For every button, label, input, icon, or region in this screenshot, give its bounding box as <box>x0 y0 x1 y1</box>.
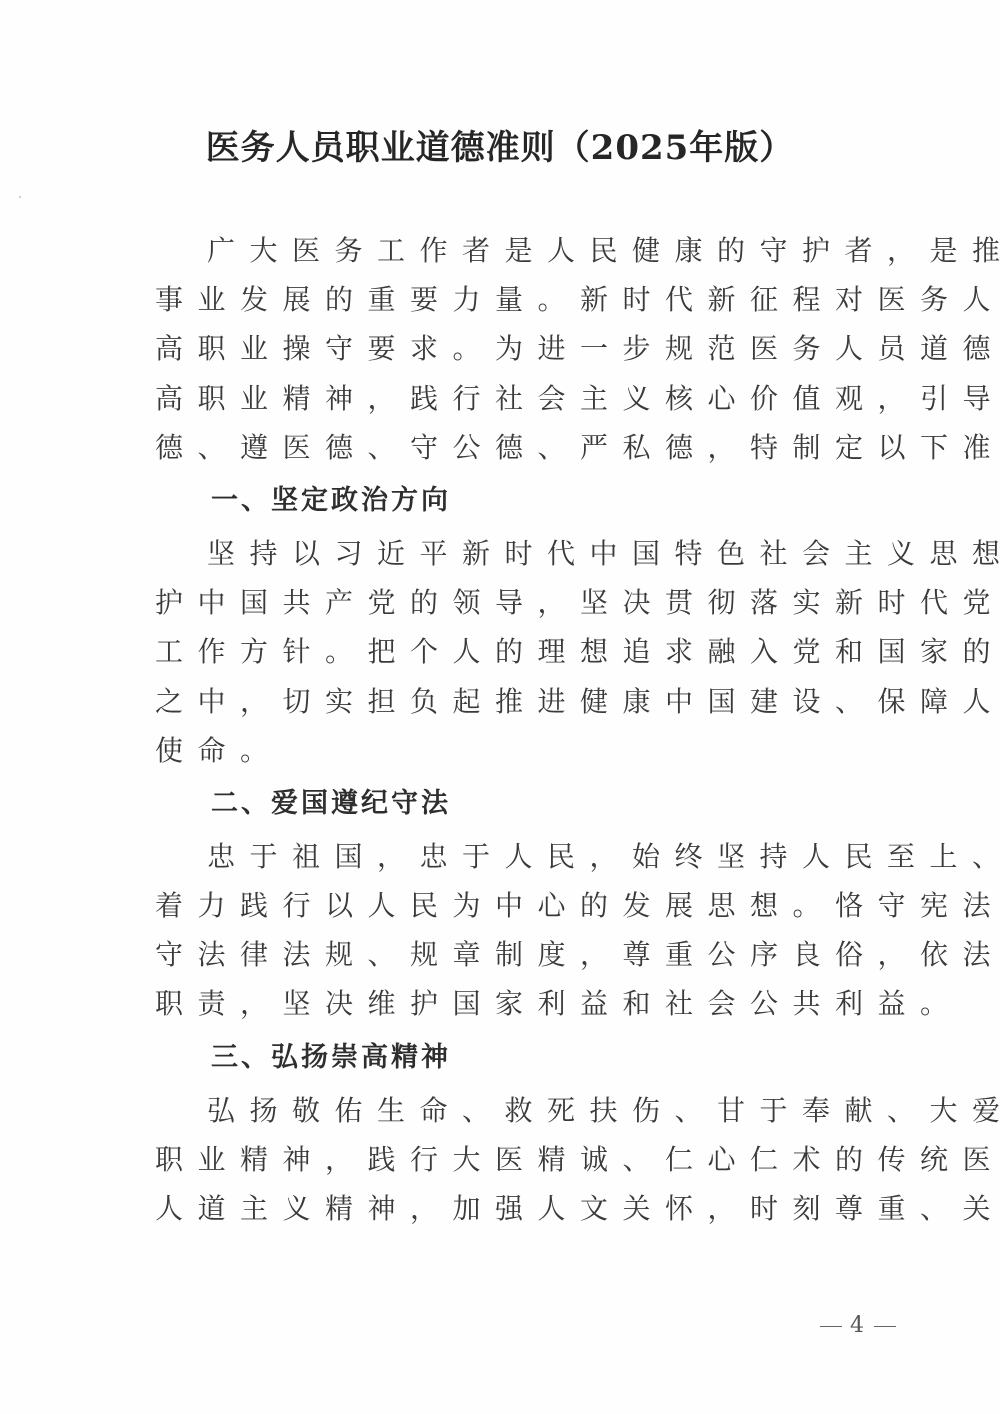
section-1-line: 使命。 <box>155 726 847 775</box>
section-2-line: 着力践行以人民为中心的发展思想。恪守宪法原则，自觉遵 <box>155 881 847 930</box>
section-heading-2: 二、爱国遵纪守法 <box>155 775 847 832</box>
preamble-line: 高职业操守要求。为进一步规范医务人员道德行为，弘扬崇 <box>155 324 847 373</box>
section-1-line: 之中，切实担负起推进健康中国建设、保障人民健康的神圣 <box>155 677 847 726</box>
section-1-line: 工作方针。把个人的理想追求融入党和国家的卫生健康事业 <box>155 627 847 676</box>
section-2-line: 职责，坚决维护国家利益和社会公共利益。 <box>155 979 847 1028</box>
preamble-line: 德、遵医德、守公德、严私德，特制定以下准则。 <box>155 423 847 472</box>
page-number: 4 <box>812 1313 904 1338</box>
document-body: 广大医务工作者是人民健康的守护者，是推动卫生健康 事业发展的重要力量。新时代新征… <box>155 226 847 1233</box>
section-heading-3: 三、弘扬崇高精神 <box>155 1029 847 1086</box>
preamble-line: 高职业精神，践行社会主义核心价值观，引导医务人员明大 <box>155 374 847 423</box>
preamble-line: 事业发展的重要力量。新时代新征程对医务人员提出新的更 <box>155 275 847 324</box>
dash-left <box>820 1326 842 1327</box>
section-1-line: 坚持以习近平新时代中国特色社会主义思想为指导，拥 <box>155 529 847 578</box>
document-page: 医务人员职业道德准则（2025年版） 广大医务工作者是人民健康的守护者，是推动卫… <box>0 0 1000 1414</box>
section-3-line: 弘扬敬佑生命、救死扶伤、甘于奉献、大爱无疆的崇高 <box>155 1086 847 1135</box>
section-2-line: 忠于祖国，忠于人民，始终坚持人民至上、生命至上， <box>155 832 847 881</box>
section-2-line: 守法律法规、规章制度，尊重公序良俗，依法履行医务人员 <box>155 930 847 979</box>
section-1-line: 护中国共产党的领导，坚决贯彻落实新时代党的卫生与健康 <box>155 578 847 627</box>
page-number-value: 4 <box>850 1313 866 1338</box>
section-3-line: 人道主义精神，加强人文关怀，时刻尊重、关心、爱护患者， <box>155 1184 847 1233</box>
section-3-line: 职业精神，践行大医精诚、仁心仁术的传统医德医风。发扬 <box>155 1135 847 1184</box>
section-heading-1: 一、坚定政治方向 <box>155 472 847 529</box>
dash-right <box>874 1326 896 1327</box>
document-title: 医务人员职业道德准则（2025年版） <box>150 124 850 172</box>
scan-artifact <box>19 196 21 198</box>
preamble-line: 广大医务工作者是人民健康的守护者，是推动卫生健康 <box>155 226 847 275</box>
